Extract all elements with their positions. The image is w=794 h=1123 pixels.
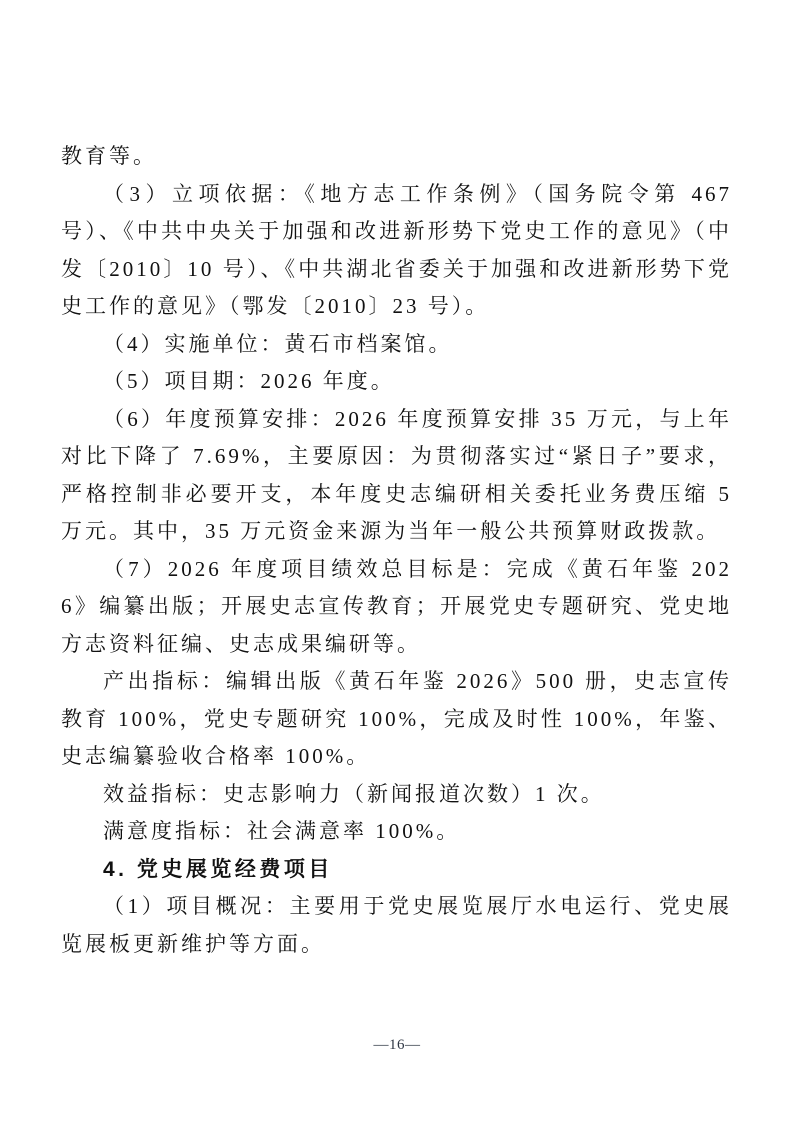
paragraph-2: （3）立项依据：《地方志工作条例》（国务院令第 467 号）、《中共中央关于加强… (61, 176, 732, 326)
document-body: 教育等。（3）立项依据：《地方志工作条例》（国务院令第 467 号）、《中共中央… (61, 138, 732, 963)
paragraph-11: （1）项目概况：主要用于党史展览展厅水电运行、党史展览展板更新维护等方面。 (61, 888, 732, 963)
paragraph-9: 满意度指标：社会满意率 100%。 (61, 813, 732, 851)
paragraph-4: （5）项目期：2026 年度。 (61, 363, 732, 401)
paragraph-6: （7）2026 年度项目绩效总目标是：完成《黄石年鉴 2026》编纂出版；开展史… (61, 551, 732, 664)
paragraph-1: 教育等。 (61, 138, 732, 176)
page-footer: —16— (0, 1036, 794, 1054)
paragraph-3: （4）实施单位：黄石市档案馆。 (61, 326, 732, 364)
page-number: —16— (374, 1037, 421, 1053)
paragraph-8: 效益指标：史志影响力（新闻报道次数）1 次。 (61, 776, 732, 814)
paragraph-5: （6）年度预算安排：2026 年度预算安排 35 万元，与上年对比下降了 7.6… (61, 401, 732, 551)
document-page: 教育等。（3）立项依据：《地方志工作条例》（国务院令第 467 号）、《中共中央… (0, 0, 794, 1123)
section-heading: 4. 党史展览经费项目 (61, 851, 732, 889)
paragraph-7: 产出指标：编辑出版《黄石年鉴 2026》500 册，史志宣传教育 100%，党史… (61, 663, 732, 776)
